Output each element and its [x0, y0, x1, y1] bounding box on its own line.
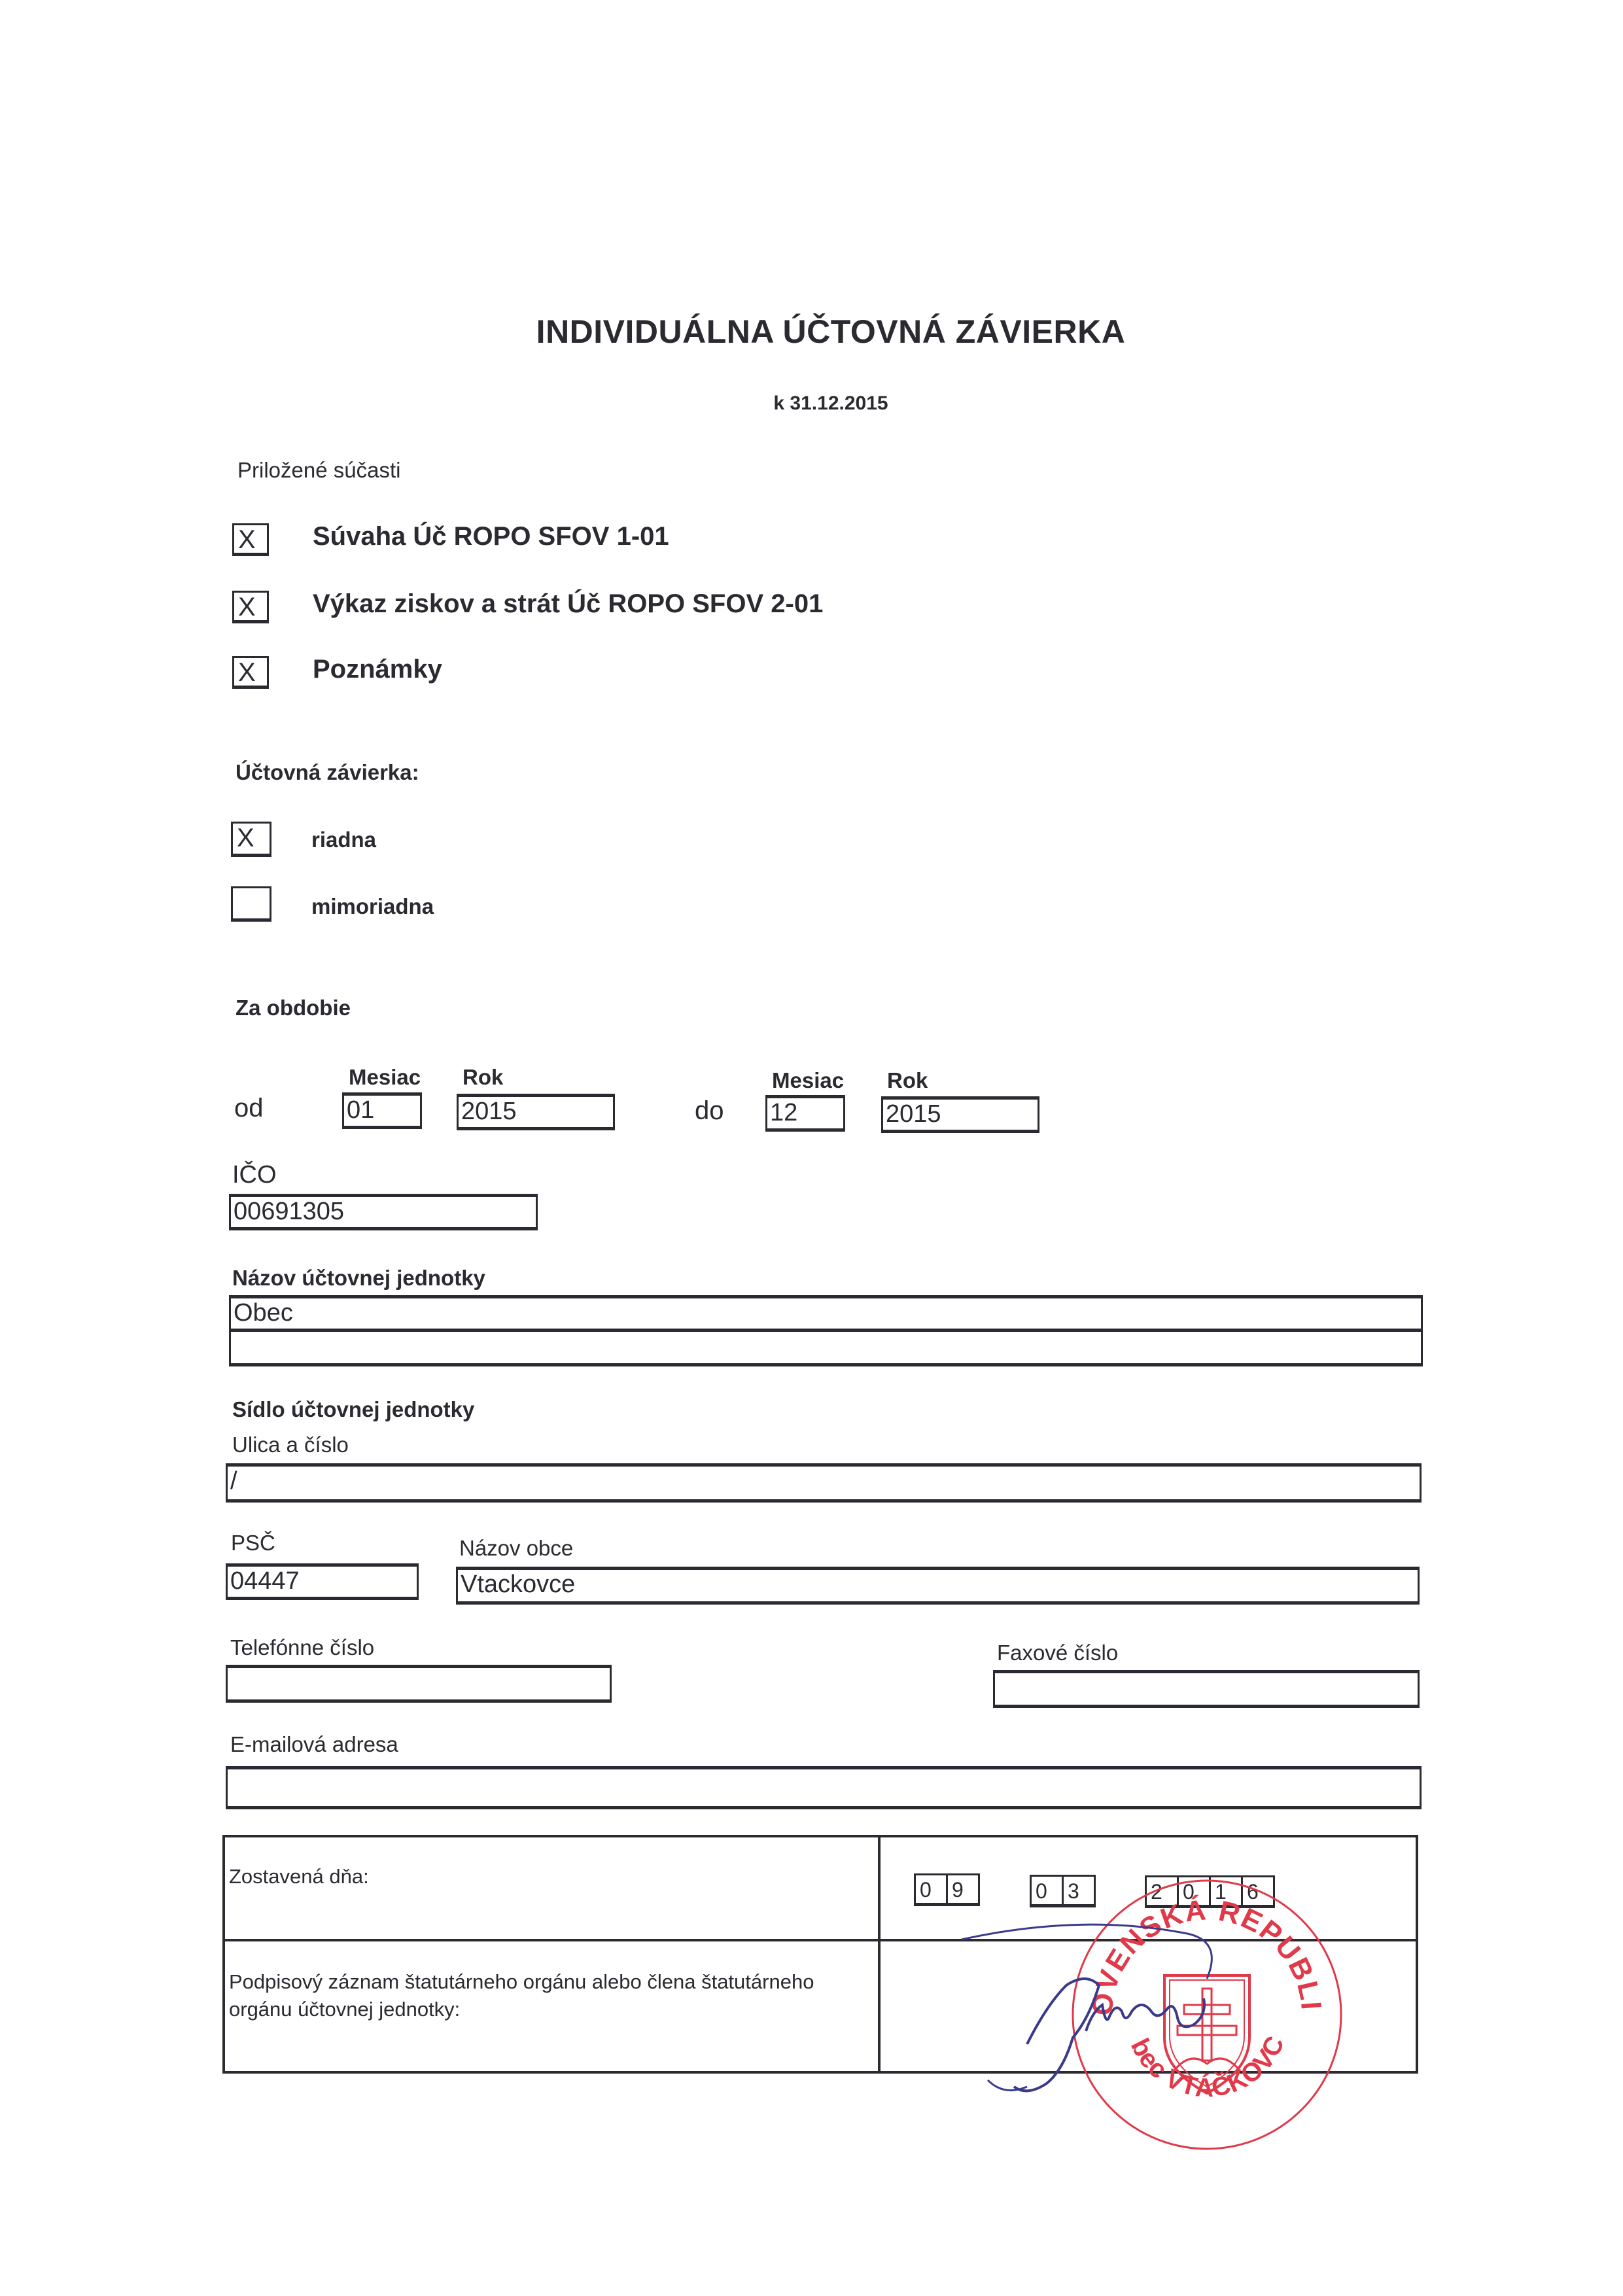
- phone-label: Telefónne číslo: [230, 1635, 374, 1660]
- document-title: INDIVIDUÁLNA ÚČTOVNÁ ZÁVIERKA: [0, 313, 1623, 351]
- city-field[interactable]: Vtackovce: [456, 1567, 1420, 1605]
- to-label: do: [695, 1096, 724, 1126]
- psc-label: PSČ: [231, 1531, 275, 1556]
- to-month-field[interactable]: 12: [765, 1095, 845, 1132]
- city-label: Názov obce: [459, 1536, 573, 1561]
- attachments-heading: Priložené súčasti: [237, 458, 400, 483]
- table-vertical-divider: [878, 1837, 881, 2071]
- attachment-label-balance-sheet: Súvaha Úč ROPO SFOV 1-01: [313, 522, 669, 551]
- from-year-label: Rok: [462, 1065, 503, 1090]
- attachment-label-notes: Poznámky: [313, 655, 442, 684]
- statement-type-heading: Účtovná závierka:: [236, 760, 419, 785]
- fax-field[interactable]: [993, 1670, 1420, 1708]
- compiled-date-label: Zostavená dňa:: [229, 1865, 369, 1888]
- signature-label: Podpisový záznam štatutárneho orgánu ale…: [229, 1968, 877, 2023]
- to-year-field[interactable]: 2015: [881, 1096, 1039, 1133]
- entity-name-line2-field[interactable]: [229, 1329, 1423, 1366]
- phone-field[interactable]: [226, 1665, 612, 1703]
- attachment-checkbox-balance-sheet[interactable]: X: [232, 523, 269, 556]
- street-label: Ulica a číslo: [232, 1433, 349, 1457]
- month-digit-1[interactable]: 0: [1030, 1875, 1064, 1907]
- entity-name-label: Názov účtovnej jednotky: [232, 1266, 485, 1291]
- entity-name-line1-field[interactable]: Obec: [229, 1295, 1423, 1332]
- from-month-label: Mesiac: [349, 1065, 421, 1090]
- fax-label: Faxové číslo: [997, 1641, 1118, 1665]
- psc-field[interactable]: 04447: [226, 1563, 419, 1600]
- from-month-field[interactable]: 01: [342, 1092, 422, 1129]
- attachment-checkbox-notes[interactable]: X: [232, 656, 269, 689]
- to-month-label: Mesiac: [772, 1068, 844, 1093]
- document-date: k 31.12.2015: [0, 392, 1623, 415]
- ico-field[interactable]: 00691305: [229, 1194, 538, 1230]
- statement-type-label-regular: riadna: [311, 827, 376, 852]
- email-field[interactable]: [226, 1766, 1422, 1809]
- from-label: od: [234, 1094, 264, 1123]
- attachment-label-profit-loss: Výkaz ziskov a strát Úč ROPO SFOV 2-01: [313, 589, 823, 619]
- address-heading: Sídlo účtovnej jednotky: [232, 1397, 474, 1422]
- attachment-checkbox-profit-loss[interactable]: X: [232, 591, 269, 623]
- statement-type-label-extraordinary: mimoriadna: [311, 894, 434, 919]
- email-label: E-mailová adresa: [230, 1732, 398, 1757]
- street-field[interactable]: /: [226, 1463, 1422, 1503]
- ico-label: IČO: [232, 1161, 277, 1189]
- period-heading: Za obdobie: [236, 996, 351, 1020]
- from-year-field[interactable]: 2015: [457, 1094, 615, 1130]
- compiled-day-field[interactable]: 0 9: [914, 1873, 978, 1906]
- to-year-label: Rok: [887, 1068, 928, 1093]
- handwritten-signature-icon: [949, 1920, 1276, 2103]
- day-digit-2[interactable]: 9: [946, 1873, 980, 1906]
- day-digit-1[interactable]: 0: [914, 1873, 948, 1906]
- statement-type-checkbox-extraordinary[interactable]: [231, 886, 271, 922]
- statement-type-checkbox-regular[interactable]: X: [231, 822, 271, 857]
